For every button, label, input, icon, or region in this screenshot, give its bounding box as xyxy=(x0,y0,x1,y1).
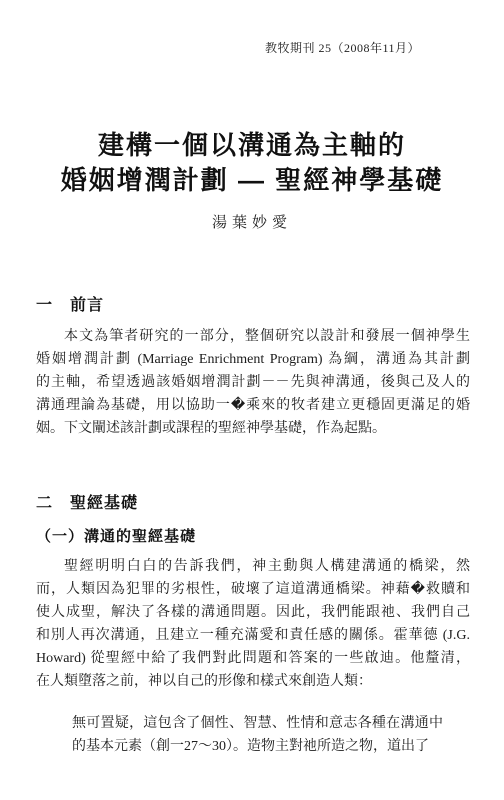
text-line: 婚姻增潤計劃 (Marriage Enrichment Program) 為綱，… xyxy=(36,348,470,371)
text-line: Howard) 從聖經中給了我們對此問題和答案的一些啟迪。他釐清， xyxy=(36,647,470,670)
text-line: 使人成聖，解決了各樣的溝通問題。因此，我們能跟祂、我們自己 xyxy=(36,601,470,624)
text-line: 的主軸，希望透過該婚姻增潤計劃－－先與神溝通，後與己及人的 xyxy=(36,371,470,394)
article-title: 建構一個以溝通為主軸的 婚姻增潤計劃 — 聖經神學基礎 xyxy=(0,128,504,198)
section-heading-introduction: 一 前言 xyxy=(36,296,470,316)
text-line: 溝通理論為基礎，用以協助一�乘來的牧者建立更穩固更滿足的婚 xyxy=(36,394,470,417)
scripture-block-quote: 無可置疑，這包含了個性、智慧、性情和意志各種在溝通中的基本元素（創一27～30）… xyxy=(72,712,443,758)
text-line: 本文為筆者研究的一部分，整個研究以設計和發展一個神學生 xyxy=(36,325,470,348)
section-heading-biblical-foundation: 二 聖經基礎 xyxy=(36,494,470,514)
text-line: 在人類墮落之前，神以自己的形像和樣式來創造人類： xyxy=(36,670,470,693)
section-spacer xyxy=(36,440,470,494)
author-name: 湯葉妙愛 xyxy=(0,211,504,232)
paper-page: 教牧期刊 25（2008年11月） 建構一個以溝通為主軸的 婚姻增潤計劃 — 聖… xyxy=(0,0,504,800)
text-line: 姻。下文闡述該計劃或課程的聖經神學基礎，作為起點。 xyxy=(36,417,470,440)
journal-header: 教牧期刊 25（2008年11月） xyxy=(265,39,420,56)
subsection-heading-communication-foundation: （一）溝通的聖經基礎 xyxy=(36,527,470,546)
article-title-line-1: 建構一個以溝通為主軸的 xyxy=(0,128,504,163)
text-line: 的基本元素（創一27～30）。造物主對祂所造之物，道出了 xyxy=(72,735,443,758)
text-line: 無可置疑，這包含了個性、智慧、性情和意志各種在溝通中 xyxy=(72,712,443,735)
text-line: 而，人類因為犯罪的劣根性，破壞了這道溝通橋梁。神藉�救贖和 xyxy=(36,578,470,601)
article-body: 一 前言 本文為筆者研究的一部分，整個研究以設計和發展一個神學生婚姻增潤計劃 (… xyxy=(36,296,470,758)
introduction-paragraph: 本文為筆者研究的一部分，整個研究以設計和發展一個神學生婚姻增潤計劃 (Marri… xyxy=(36,325,470,440)
text-line: 和別人再次溝通，且建立一種充滿愛和責任感的關係。霍華德 (J.G. xyxy=(36,624,470,647)
article-title-line-2: 婚姻增潤計劃 — 聖經神學基礎 xyxy=(0,163,504,198)
text-line: 聖經明明白白的告訴我們，神主動與人構建溝通的橋梁，然 xyxy=(36,555,470,578)
biblical-foundation-paragraph: 聖經明明白白的告訴我們，神主動與人構建溝通的橋梁，然而，人類因為犯罪的劣根性，破… xyxy=(36,555,470,693)
